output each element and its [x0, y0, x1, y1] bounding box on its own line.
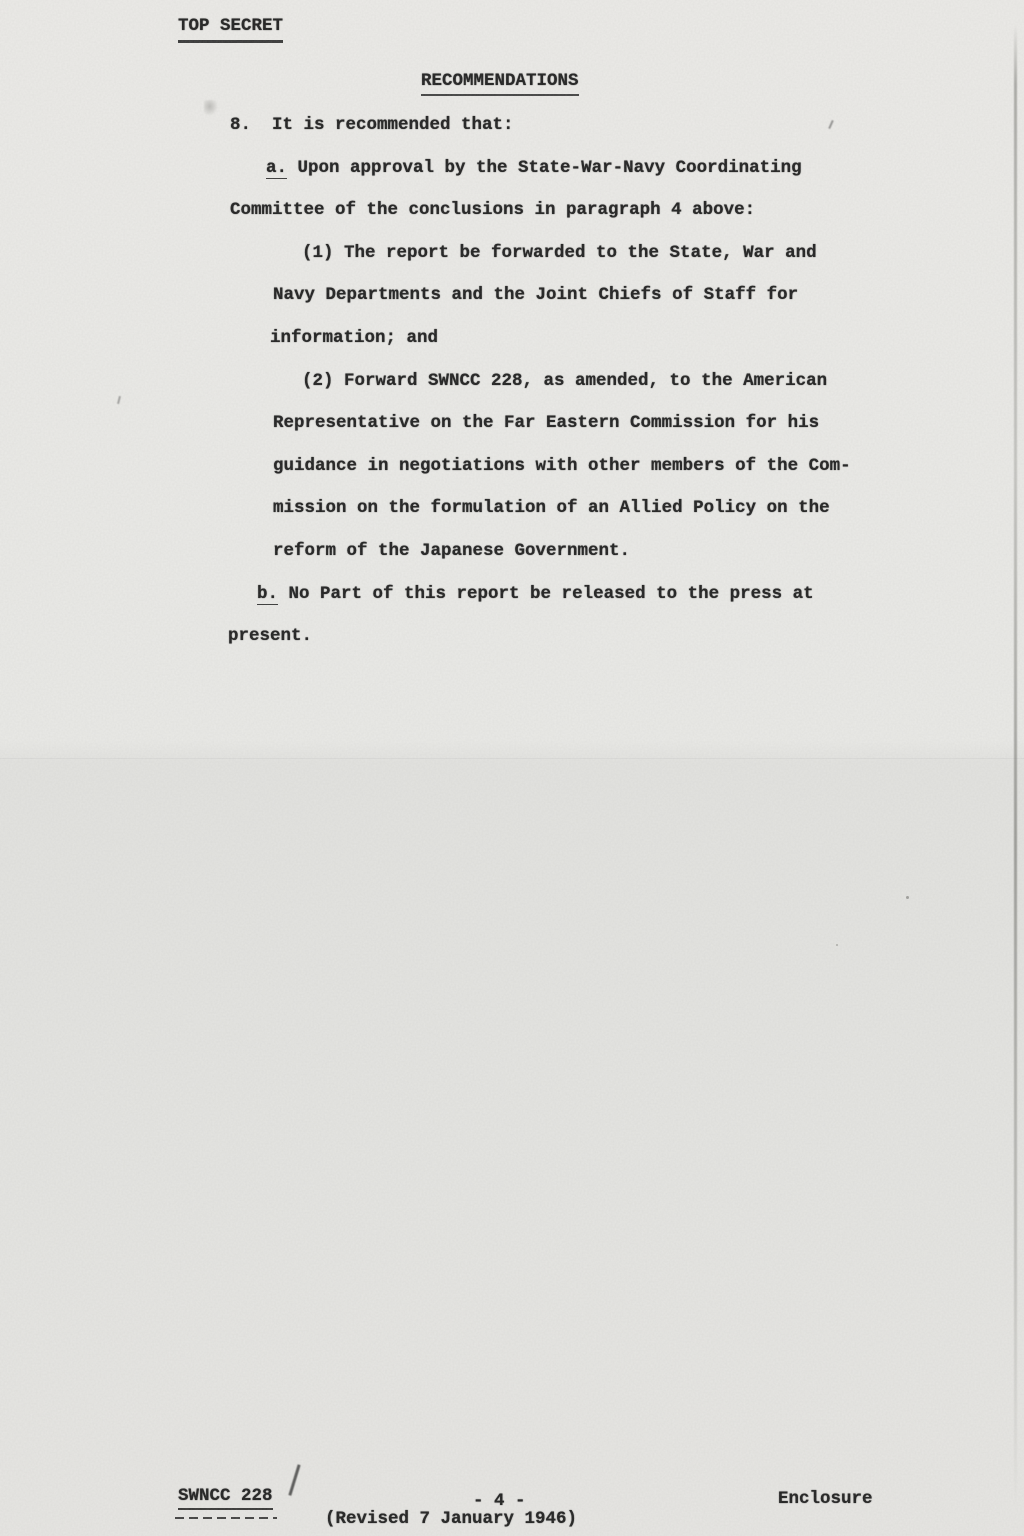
line-text: mission on the formulation of an Allied …	[273, 498, 830, 518]
line-text: information; and	[270, 328, 438, 348]
scan-artifact-speck	[836, 944, 838, 946]
paragraph-line: information; and	[0, 317, 1024, 360]
paragraph-line: Committee of the conclusions in paragrap…	[0, 189, 1024, 232]
line-text: guidance in negotiations with other memb…	[273, 456, 851, 476]
paragraph-line: guidance in negotiations with other memb…	[0, 445, 1024, 488]
line-text: Representative on the Far Eastern Commis…	[273, 413, 819, 433]
scan-band-seam	[0, 758, 1024, 759]
line-text: 8. It is recommended that:	[230, 115, 514, 135]
paragraph-line: reform of the Japanese Government.	[0, 530, 1024, 573]
line-text: (2) Forward SWNCC 228, as amended, to th…	[302, 371, 827, 391]
document-body: 8. It is recommended that: a. Upon appro…	[0, 104, 1024, 658]
footer-enclosure-label: Enclosure	[778, 1489, 873, 1509]
paragraph-line: b. No Part of this report be released to…	[0, 573, 1024, 616]
footer-doc-number: SWNCC 228	[178, 1486, 273, 1510]
line-text: reform of the Japanese Government.	[273, 541, 630, 561]
line-text: present.	[228, 626, 312, 646]
paragraph-line: Representative on the Far Eastern Commis…	[0, 402, 1024, 445]
underlined-label: b.	[257, 584, 278, 605]
line-text: Upon approval by the State-War-Navy Coor…	[287, 158, 802, 178]
paragraph-line: 8. It is recommended that:	[0, 104, 1024, 147]
classification-banner: TOP SECRET	[178, 16, 283, 43]
scan-artifact-slash	[288, 1464, 300, 1495]
scan-artifact-speck	[906, 896, 909, 899]
paragraph-line: (1) The report be forwarded to the State…	[0, 232, 1024, 275]
paragraph-line: a. Upon approval by the State-War-Navy C…	[0, 147, 1024, 190]
line-text: Committee of the conclusions in paragrap…	[230, 200, 755, 220]
line-text: (1) The report be forwarded to the State…	[302, 243, 817, 263]
underlined-label: a.	[266, 158, 287, 179]
footer-doc-number-dashed-underline	[175, 1517, 277, 1519]
paragraph-line: mission on the formulation of an Allied …	[0, 487, 1024, 530]
paragraph-line: (2) Forward SWNCC 228, as amended, to th…	[0, 360, 1024, 403]
line-text: Navy Departments and the Joint Chiefs of…	[273, 285, 798, 305]
section-heading: RECOMMENDATIONS	[421, 71, 579, 96]
paragraph-line: present.	[0, 615, 1024, 658]
footer-revision-note: (Revised 7 January 1946)	[325, 1509, 577, 1529]
line-text: No Part of this report be released to th…	[278, 584, 814, 604]
footer-page-number: - 4 -	[473, 1491, 526, 1511]
document-page: TOP SECRET RECOMMENDATIONS 8. It is reco…	[0, 0, 1024, 1536]
paragraph-line: Navy Departments and the Joint Chiefs of…	[0, 274, 1024, 317]
